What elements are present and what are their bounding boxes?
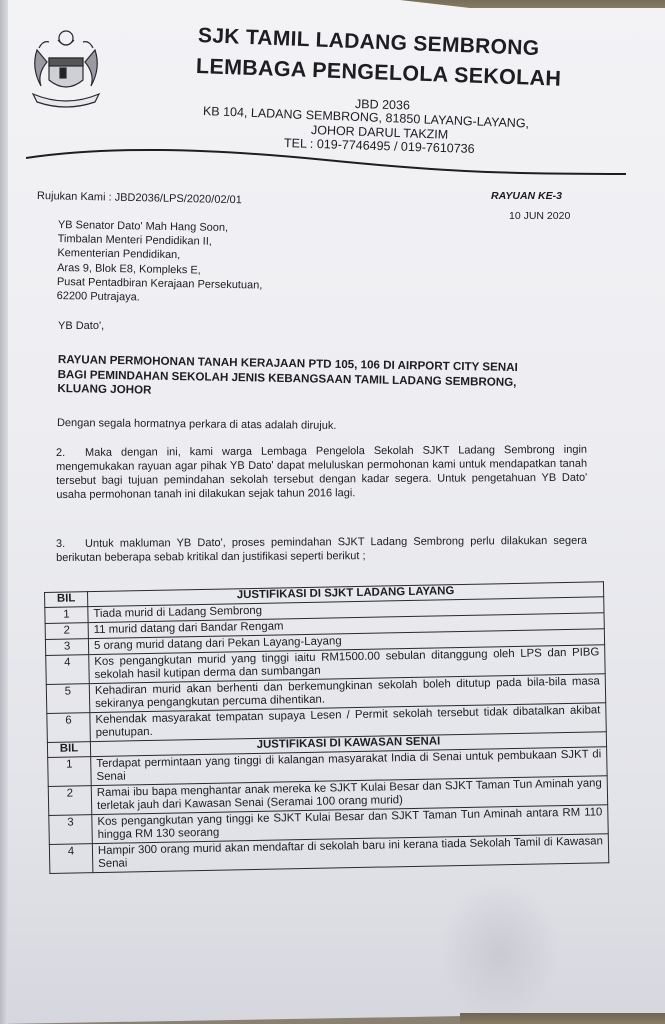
bil-column-header: BIL: [47, 742, 90, 758]
paragraph-text: Untuk makluman YB Dato', proses pemindah…: [56, 535, 587, 564]
desk-background-bottom: [460, 1013, 665, 1024]
paragraph-number: 2.: [56, 446, 85, 460]
row-number: 2: [48, 786, 92, 816]
paragraph-3: 3.Untuk makluman YB Dato', proses pemind…: [56, 534, 587, 565]
bil-column-header: BIL: [45, 592, 88, 608]
letterhead-divider: [26, 140, 626, 180]
row-number: 5: [46, 684, 90, 714]
justification-table: BILJUSTIFIKASI DI SJKT LADANG LAYANG1Tia…: [44, 581, 609, 874]
recipient-address: YB Senator Dato' Mah Hang Soon, Timbalan…: [57, 218, 264, 307]
paragraph-text: Maka dengan ini, kami warga Lembaga Peng…: [56, 444, 587, 501]
letter-page: SJK TAMIL LADANG SEMBRONG LEMBAGA PENGEL…: [0, 0, 665, 1024]
row-number: 4: [46, 655, 90, 685]
subject-heading: RAYUAN PERMOHONAN TANAH KERAJAAN PTD 105…: [57, 353, 598, 406]
row-number: 1: [48, 757, 92, 787]
row-number: 6: [47, 713, 91, 743]
salutation: YB Dato',: [58, 320, 104, 332]
row-number: 2: [45, 623, 88, 640]
row-number: 1: [45, 607, 88, 624]
opening-sentence: Dengan segala hormatnya perkara di atas …: [57, 417, 337, 432]
paragraph-2: 2.Maka dengan ini, kami warga Lembaga Pe…: [56, 443, 587, 502]
appeal-label: RAYUAN KE-3: [491, 190, 562, 202]
row-number: 3: [49, 815, 93, 845]
reference-number: Rujukan Kami : JBD2036/LPS/2020/02/01: [37, 190, 242, 206]
row-number: 4: [49, 844, 93, 874]
coat-of-arms-icon: [25, 28, 107, 114]
paragraph-number: 3.: [56, 537, 85, 551]
row-number: 3: [45, 639, 88, 656]
letter-date: 10 JUN 2020: [509, 210, 570, 222]
